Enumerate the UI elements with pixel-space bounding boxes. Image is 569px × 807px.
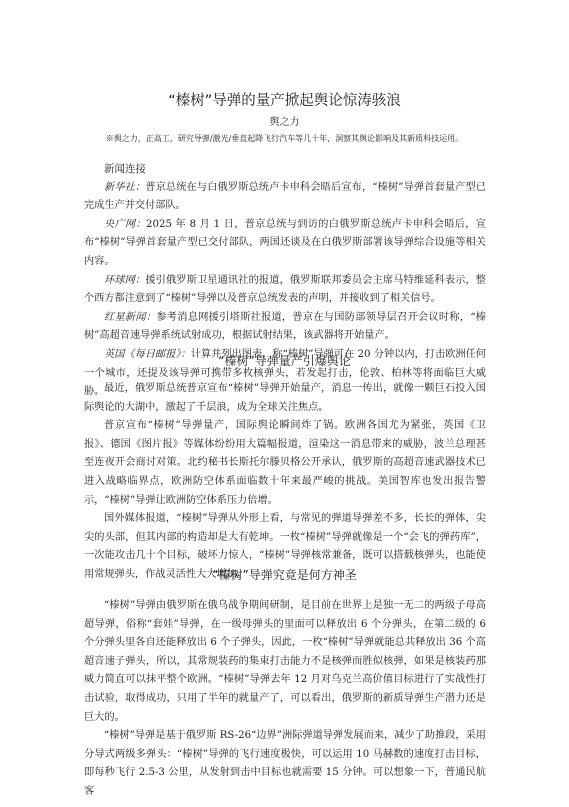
news-source: 红星新闻： bbox=[104, 312, 156, 323]
section2-heading: “榛树”导弹究竟是何方神圣 bbox=[0, 566, 569, 583]
news-source: 央广网： bbox=[104, 219, 146, 230]
news-text: 援引俄罗斯卫星通讯社的报道，俄罗斯联邦委员会主席马特维延科表示，整个西方都注意到… bbox=[84, 275, 486, 305]
news-source: 新华社： bbox=[104, 182, 145, 193]
article-author: 舆之力 bbox=[0, 113, 569, 128]
paragraph: “榛树”导弹是基于俄罗斯 RS-26“边界”洲际弹道导弹发展而来，减少了助推段，… bbox=[84, 727, 486, 801]
article-title: “榛树”导弹的量产掀起舆论惊涛骇浪 bbox=[0, 89, 569, 110]
section1-body: 最近，俄罗斯总统普京宣布“榛树”导弹开始量产，消息一传出，就像一颗巨石投入国际舆… bbox=[84, 380, 486, 585]
section2-body: “榛树”导弹由俄罗斯在俄乌战争期间研制，是目前在世界上是独一无二的两级子母高超导… bbox=[84, 597, 486, 802]
news-links-heading: 新闻连接 bbox=[84, 160, 486, 179]
section1-heading: “榛树”导弹量产引爆舆论 bbox=[0, 352, 569, 369]
author-bio: ※舆之力，正高工，研究导弹/激光/垂直起降飞行汽车等几十年，洞察其舆论影响及其新… bbox=[0, 133, 569, 144]
paragraph: “榛树”导弹由俄罗斯在俄乌战争期间研制，是目前在世界上是独一无二的两级子母高超导… bbox=[84, 597, 486, 727]
news-item: 环球网：援引俄罗斯卫星通讯社的报道，俄罗斯联邦委员会主席马特维延科表示，整个西方… bbox=[84, 272, 486, 309]
news-item: 央广网：2025 年 8 月 1 日，普京总统与到访的白俄罗斯总统卢卡申科会晤后… bbox=[84, 216, 486, 272]
news-item: 红星新闻：参考消息网援引塔斯社报道，普京在与国防部领导层召开会议时称，“榛树”高… bbox=[84, 309, 486, 346]
document-page: “榛树”导弹的量产掀起舆论惊涛骇浪 舆之力 ※舆之力，正高工，研究导弹/激光/垂… bbox=[0, 0, 569, 807]
paragraph: 普京宣布“榛树”导弹量产，国际舆论瞬间炸了锅。欧洲各国尤为紧张，英国《卫报》、德… bbox=[84, 417, 486, 510]
news-source: 环球网： bbox=[104, 275, 145, 286]
paragraph: 最近，俄罗斯总统普京宣布“榛树”导弹开始量产，消息一传出，就像一颗巨石投入国际舆… bbox=[84, 380, 486, 417]
news-text: 普京总统在与白俄罗斯总统卢卡申科会晤后宣布，“榛树”导弹首套量产型已完成生产并交… bbox=[84, 182, 486, 212]
news-item: 新华社：普京总统在与白俄罗斯总统卢卡申科会晤后宣布，“榛树”导弹首套量产型已完成… bbox=[84, 179, 486, 216]
